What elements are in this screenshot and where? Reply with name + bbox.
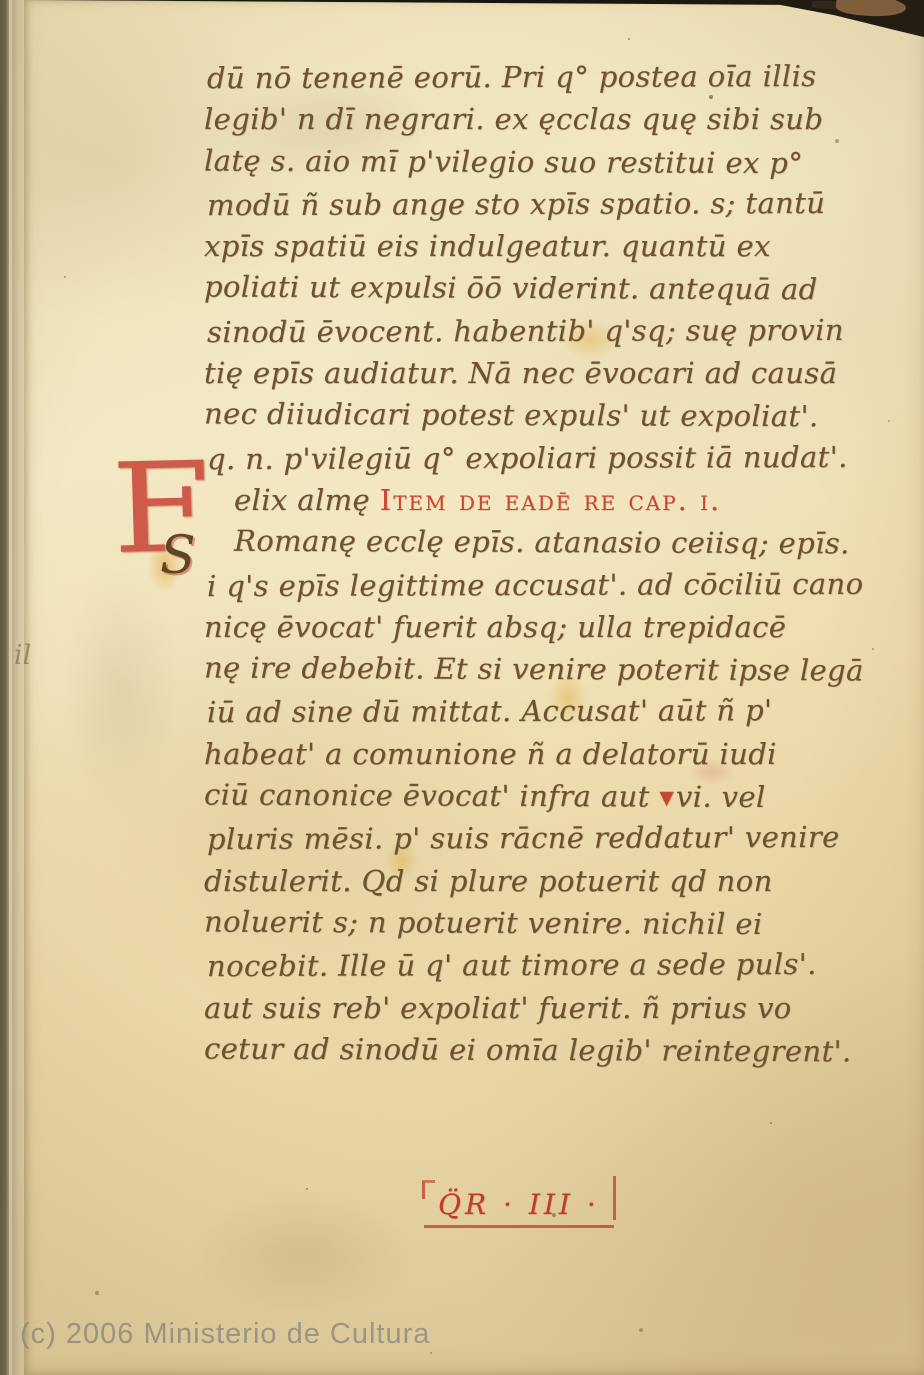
ink-text: modū ñ sub ange sto xpīs spatio. s; tant… xyxy=(207,186,825,222)
ink-text: cetur ad sinodū ei omīa legib' reintegre… xyxy=(204,1031,852,1068)
text-block: dū nō tenenē eorū. Pri q° postea oīa ill… xyxy=(204,56,864,1071)
ink-text: elix almę xyxy=(234,483,380,517)
copyright-watermark: (c) 2006 Ministerio de Cultura xyxy=(20,1318,430,1351)
manuscript-line: nicę ēvocat' fuerit absq; ulla trepidacē xyxy=(204,606,864,648)
manuscript-line: modū ñ sub ange sto xpīs spatio. s; tant… xyxy=(207,182,867,227)
manuscript-line: elix almę Item de eadē re cap. i. xyxy=(204,479,864,521)
manuscript-line: latę s. aio mī p'vilegio suo restitui ex… xyxy=(204,139,864,184)
quire-signature: Q̈R · III · xyxy=(424,1186,614,1228)
ink-text: ciū canonice ēvocat' infra aut xyxy=(204,778,659,814)
manuscript-line: i q's epīs legittime accusat'. ad cōcili… xyxy=(207,562,867,607)
manuscript-line: habeat' a comunione ñ a delatorū iudi xyxy=(204,733,864,775)
ink-text: poliati ut expulsi ōō viderint. antequā … xyxy=(204,270,818,307)
manuscript-line: tię epīs audiatur. Nā nec ēvocari ad cau… xyxy=(204,352,864,394)
parchment-specks xyxy=(0,0,2,2)
manuscript-line: noluerit s; n potuerit venire. nichil ei xyxy=(204,900,864,945)
manuscript-line: pluris mēsi. p' suis rācnē reddatur' ven… xyxy=(207,816,867,861)
ink-text: vi. vel xyxy=(676,780,766,814)
ink-text: Romanę ecclę epīs. atanasio ceiisq; epīs… xyxy=(234,524,850,561)
rubric-text: ▾ xyxy=(659,780,676,814)
ink-text: iū ad sine dū mittat. Accusat' aūt ñ p' xyxy=(207,694,772,730)
manuscript-line: distulerit. Qd si plure potuerit qd non xyxy=(204,860,864,902)
ink-text: xpīs spatiū eis indulgeatur. quantū ex xyxy=(204,229,771,263)
ink-text: q. n. p'vilegiū q° expoliari possit iā n… xyxy=(207,440,848,476)
ink-text: pluris mēsi. p' suis rācnē reddatur' ven… xyxy=(207,820,840,856)
ink-text: legib' n dī negrari. ex ęcclas quę sibi … xyxy=(204,102,823,136)
ink-text: latę s. aio mī p'vilegio suo restitui ex… xyxy=(204,143,803,180)
manuscript-line: nocebit. Ille ū q' aut timore a sede pul… xyxy=(207,943,867,988)
manuscript-line: ciū canonice ēvocat' infra aut ▾vi. vel xyxy=(204,774,864,819)
ink-text: distulerit. Qd si plure potuerit qd non xyxy=(204,864,773,898)
manuscript-line: xpīs spatiū eis indulgeatur. quantū ex xyxy=(204,225,864,267)
manuscript-line: cetur ad sinodū ei omīa legib' reintegre… xyxy=(204,1027,864,1072)
ink-text: sinodū ēvocent. habentib' q'sq; suę prov… xyxy=(207,313,844,349)
manuscript-line: nec diiudicari potest expuls' ut expolia… xyxy=(204,393,864,438)
ink-text: noluerit s; n potuerit venire. nichil ei xyxy=(204,904,763,940)
ink-text: i q's epīs legittime accusat'. ad cōcili… xyxy=(207,566,864,602)
initial-s: S xyxy=(160,530,196,582)
margin-annotation: il xyxy=(14,640,31,671)
ink-text: nę ire debebit. Et si venire poterit ips… xyxy=(204,651,864,688)
manuscript-line: Romanę ecclę epīs. atanasio ceiisq; epīs… xyxy=(204,520,864,565)
binding-fragment xyxy=(835,0,906,18)
rubric-text: Item de eadē re cap. i. xyxy=(380,483,721,517)
manuscript-line: dū nō tenenē eorū. Pri q° postea oīa ill… xyxy=(207,55,867,100)
manuscript-line: iū ad sine dū mittat. Accusat' aūt ñ p' xyxy=(207,689,867,734)
ink-text: nicę ēvocat' fuerit absq; ulla trepidacē xyxy=(204,610,786,644)
manuscript-line: legib' n dī negrari. ex ęcclas quę sibi … xyxy=(204,98,864,140)
manuscript-line: nę ire debebit. Et si venire poterit ips… xyxy=(204,647,864,692)
ink-text: habeat' a comunione ñ a delatorū iudi xyxy=(204,737,777,771)
manuscript-line: poliati ut expulsi ōō viderint. antequā … xyxy=(204,266,864,311)
manuscript-line: sinodū ēvocent. habentib' q'sq; suę prov… xyxy=(207,309,867,354)
manuscript-photo: F S il dū nō tenenē eorū. Pri q° postea … xyxy=(0,0,924,1375)
ink-text: nocebit. Ille ū q' aut timore a sede pul… xyxy=(207,947,817,983)
ink-text: dū nō tenenē eorū. Pri q° postea oīa ill… xyxy=(207,59,817,95)
ink-text: tię epīs audiatur. Nā nec ēvocari ad cau… xyxy=(204,356,837,390)
ink-text: nec diiudicari potest expuls' ut expolia… xyxy=(204,397,819,434)
ink-text: aut suis reb' expoliat' fuerit. ñ prius … xyxy=(204,991,792,1025)
manuscript-line: q. n. p'vilegiū q° expoliari possit iā n… xyxy=(207,436,867,481)
manuscript-line: aut suis reb' expoliat' fuerit. ñ prius … xyxy=(204,987,864,1029)
